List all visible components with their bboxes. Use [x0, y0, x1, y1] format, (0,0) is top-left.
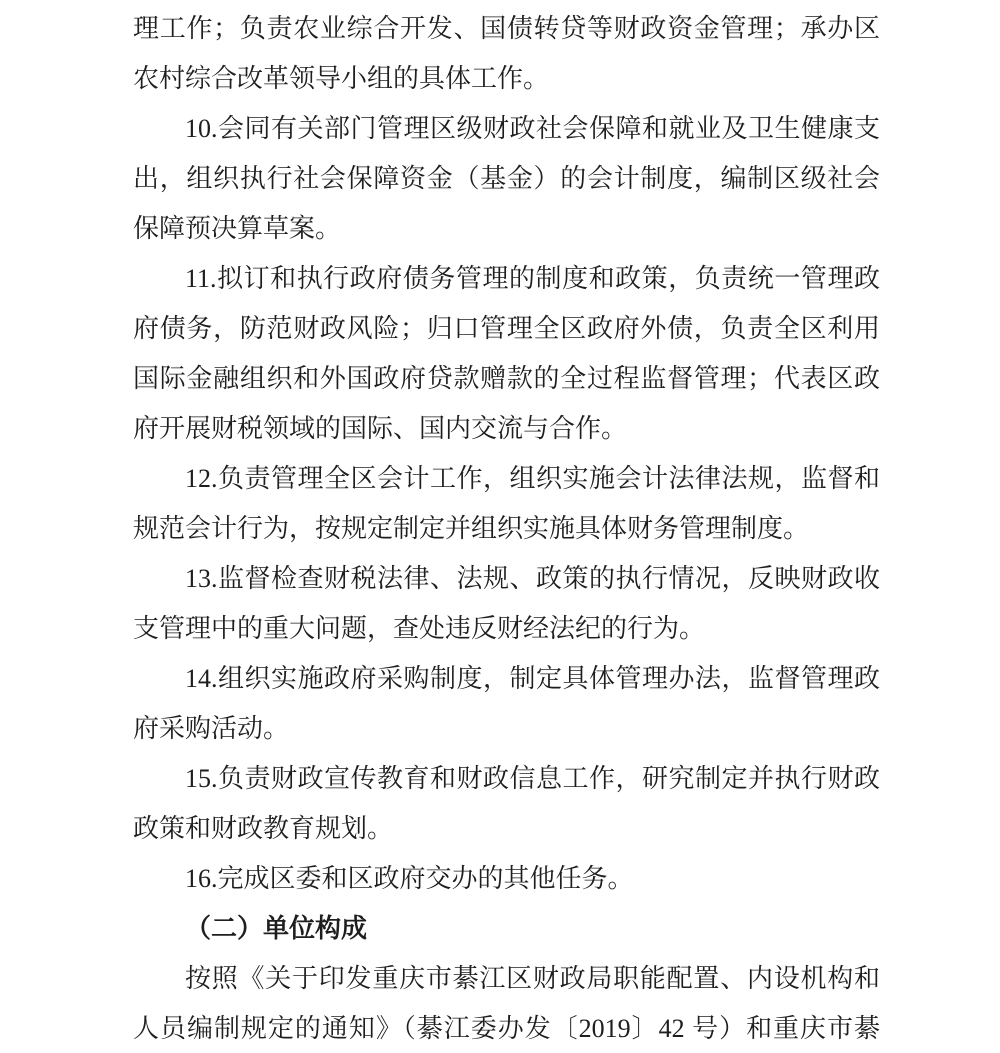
document-text-block: 理工作；负责农业综合开发、国债转贷等财政资金管理；承办区 农村综合改革领导小组的…	[133, 4, 880, 1053]
text-line: 府采购活动。	[133, 704, 880, 754]
text-line: 14.组织实施政府采购制度，制定具体管理办法，监督管理政	[133, 654, 880, 704]
paragraph-item-11: 11.拟订和执行政府债务管理的制度和政策，负责统一管理政 府债务，防范财政风险；…	[133, 254, 880, 454]
text-line: 府债务，防范财政风险；归口管理全区政府外债，负责全区利用	[133, 304, 880, 354]
paragraph-basis: 按照《关于印发重庆市綦江区财政局职能配置、内设机构和 人员编制规定的通知》（綦江…	[133, 954, 880, 1053]
paragraph-continuation: 理工作；负责农业综合开发、国债转贷等财政资金管理；承办区 农村综合改革领导小组的…	[133, 4, 880, 104]
text-line: 府开展财税领域的国际、国内交流与合作。	[133, 404, 880, 454]
paragraph-item-13: 13.监督检查财税法律、法规、政策的执行情况，反映财政收 支管理中的重大问题，查…	[133, 554, 880, 654]
text-line: 16.完成区委和区政府交办的其他任务。	[133, 854, 880, 904]
text-line: 支管理中的重大问题，查处违反财经法纪的行为。	[133, 604, 880, 654]
text-line: 按照《关于印发重庆市綦江区财政局职能配置、内设机构和	[133, 954, 880, 1004]
text-line: 出，组织执行社会保障资金（基金）的会计制度，编制区级社会	[133, 154, 880, 204]
text-line: 10.会同有关部门管理区级财政社会保障和就业及卫生健康支	[133, 104, 880, 154]
text-line: 理工作；负责农业综合开发、国债转贷等财政资金管理；承办区	[133, 4, 880, 54]
text-line: 规范会计行为，按规定制定并组织实施具体财务管理制度。	[133, 504, 880, 554]
text-line: 保障预决算草案。	[133, 204, 880, 254]
text-line: 13.监督检查财税法律、法规、政策的执行情况，反映财政收	[133, 554, 880, 604]
text-line: 人员编制规定的通知》（綦江委办发〔2019〕42 号）和重庆市綦江	[133, 1004, 880, 1053]
paragraph-item-15: 15.负责财政宣传教育和财政信息工作，研究制定并执行财政 政策和财政教育规划。	[133, 754, 880, 854]
paragraph-item-16: 16.完成区委和区政府交办的其他任务。	[133, 854, 880, 904]
paragraph-item-12: 12.负责管理全区会计工作，组织实施会计法律法规，监督和 规范会计行为，按规定制…	[133, 454, 880, 554]
text-line: 政策和财政教育规划。	[133, 804, 880, 854]
document-page: 理工作；负责农业综合开发、国债转贷等财政资金管理；承办区 农村综合改革领导小组的…	[0, 0, 1000, 1053]
paragraph-item-14: 14.组织实施政府采购制度，制定具体管理办法，监督管理政 府采购活动。	[133, 654, 880, 754]
text-line: 农村综合改革领导小组的具体工作。	[133, 54, 880, 104]
text-line: 国际金融组织和外国政府贷款赠款的全过程监督管理；代表区政	[133, 354, 880, 404]
text-line: 12.负责管理全区会计工作，组织实施会计法律法规，监督和	[133, 454, 880, 504]
section-heading: （二）单位构成	[133, 904, 880, 954]
text-line: 11.拟订和执行政府债务管理的制度和政策，负责统一管理政	[133, 254, 880, 304]
section-heading-unit-composition: （二）单位构成	[133, 904, 880, 954]
text-line: 15.负责财政宣传教育和财政信息工作，研究制定并执行财政	[133, 754, 880, 804]
paragraph-item-10: 10.会同有关部门管理区级财政社会保障和就业及卫生健康支 出，组织执行社会保障资…	[133, 104, 880, 254]
